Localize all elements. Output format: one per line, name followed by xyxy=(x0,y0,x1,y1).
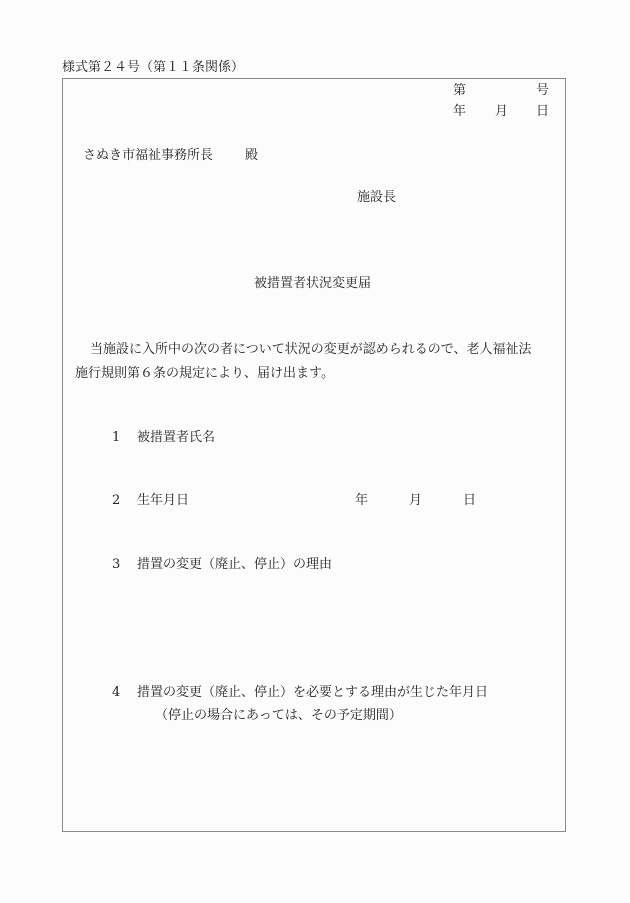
item-2-label: 生年月日 xyxy=(137,493,189,509)
document-title: 被措置者状況変更届 xyxy=(254,276,371,292)
number-suffix: 号 xyxy=(536,83,549,99)
form-label: 様式第２４号（第１１条関係） xyxy=(62,60,244,76)
item-2-month: 月 xyxy=(409,493,422,509)
body-line-1: 当施設に入所中の次の者について状況の変更が認められるので、老人福祉法 xyxy=(90,342,531,358)
item-3-label: 措置の変更（廃止、停止）の理由 xyxy=(137,557,332,573)
number-prefix: 第 xyxy=(453,83,466,99)
date-month-label: 月 xyxy=(495,104,508,120)
date-year-label: 年 xyxy=(453,104,466,120)
item-4-label: 措置の変更（廃止、停止）を必要とする理由が生じた年月日 xyxy=(137,685,488,701)
addressee-honorific: 殿 xyxy=(245,148,258,164)
item-2-number: 2 xyxy=(112,493,120,509)
sender-title: 施設長 xyxy=(357,190,396,206)
item-1-label: 被措置者氏名 xyxy=(137,430,215,446)
item-2-day: 日 xyxy=(463,493,476,509)
item-2-year: 年 xyxy=(355,493,368,509)
body-line-2: 施行規則第６条の規定により、届け出ます。 xyxy=(75,366,334,382)
item-1-number: 1 xyxy=(112,430,120,446)
item-4-sublabel: （停止の場合にあっては、その予定期間） xyxy=(155,708,402,724)
date-day-label: 日 xyxy=(536,104,549,120)
item-4-number: 4 xyxy=(112,685,120,701)
addressee-name: さぬき市福祉事務所長 xyxy=(83,148,213,164)
item-3-number: 3 xyxy=(112,557,120,573)
